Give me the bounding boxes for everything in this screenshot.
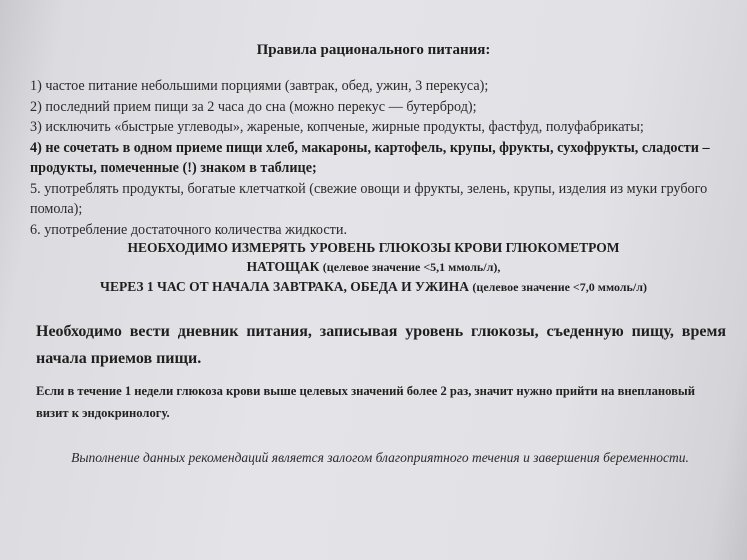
after-meal-target: (целевое значение <7,0 ммоль/л) (472, 280, 647, 294)
document-title: Правила рационального питания: (0, 42, 747, 59)
fasting-label: НАТОЩАК (247, 259, 320, 274)
rule-item: 1) частое питание небольшими порциями (з… (30, 76, 730, 97)
after-meal-line: ЧЕРЕЗ 1 ЧАС ОТ НАЧАЛА ЗАВТРАКА, ОБЕДА И … (0, 277, 747, 297)
rule-item: 6. употребление достаточного количества … (30, 220, 730, 241)
after-meal-label: ЧЕРЕЗ 1 ЧАС ОТ НАЧАЛА ЗАВТРАКА, ОБЕДА И … (100, 279, 469, 294)
rule-item: 5. употреблять продукты, богатые клетчат… (30, 179, 730, 220)
fasting-target: (целевое значение <5,1 ммоль/л), (323, 260, 501, 274)
rule-item-emphasized: 4) не сочетать в одном приеме пищи хлеб,… (30, 138, 730, 179)
glucose-measurement-block: НЕОБХОДИМО ИЗМЕРЯТЬ УРОВЕНЬ ГЛЮКОЗЫ КРОВ… (0, 238, 747, 297)
measurement-heading: НЕОБХОДИМО ИЗМЕРЯТЬ УРОВЕНЬ ГЛЮКОЗЫ КРОВ… (0, 238, 747, 257)
fasting-line: НАТОЩАК (целевое значение <5,1 ммоль/л), (0, 257, 747, 277)
document-page: Правила рационального питания: 1) частое… (0, 0, 747, 560)
diary-note: Необходимо вести дневник питания, записы… (36, 318, 726, 372)
rule-item: 3) исключить «быстрые углеводы», жареные… (30, 117, 730, 138)
visit-note: Если в течение 1 недели глюкоза крови вы… (36, 380, 726, 424)
closing-note: Выполнение данных рекомендаций является … (70, 448, 690, 468)
nutrition-rules-list: 1) частое питание небольшими порциями (з… (30, 76, 730, 240)
rule-item: 2) последний прием пищи за 2 часа до сна… (30, 97, 730, 118)
